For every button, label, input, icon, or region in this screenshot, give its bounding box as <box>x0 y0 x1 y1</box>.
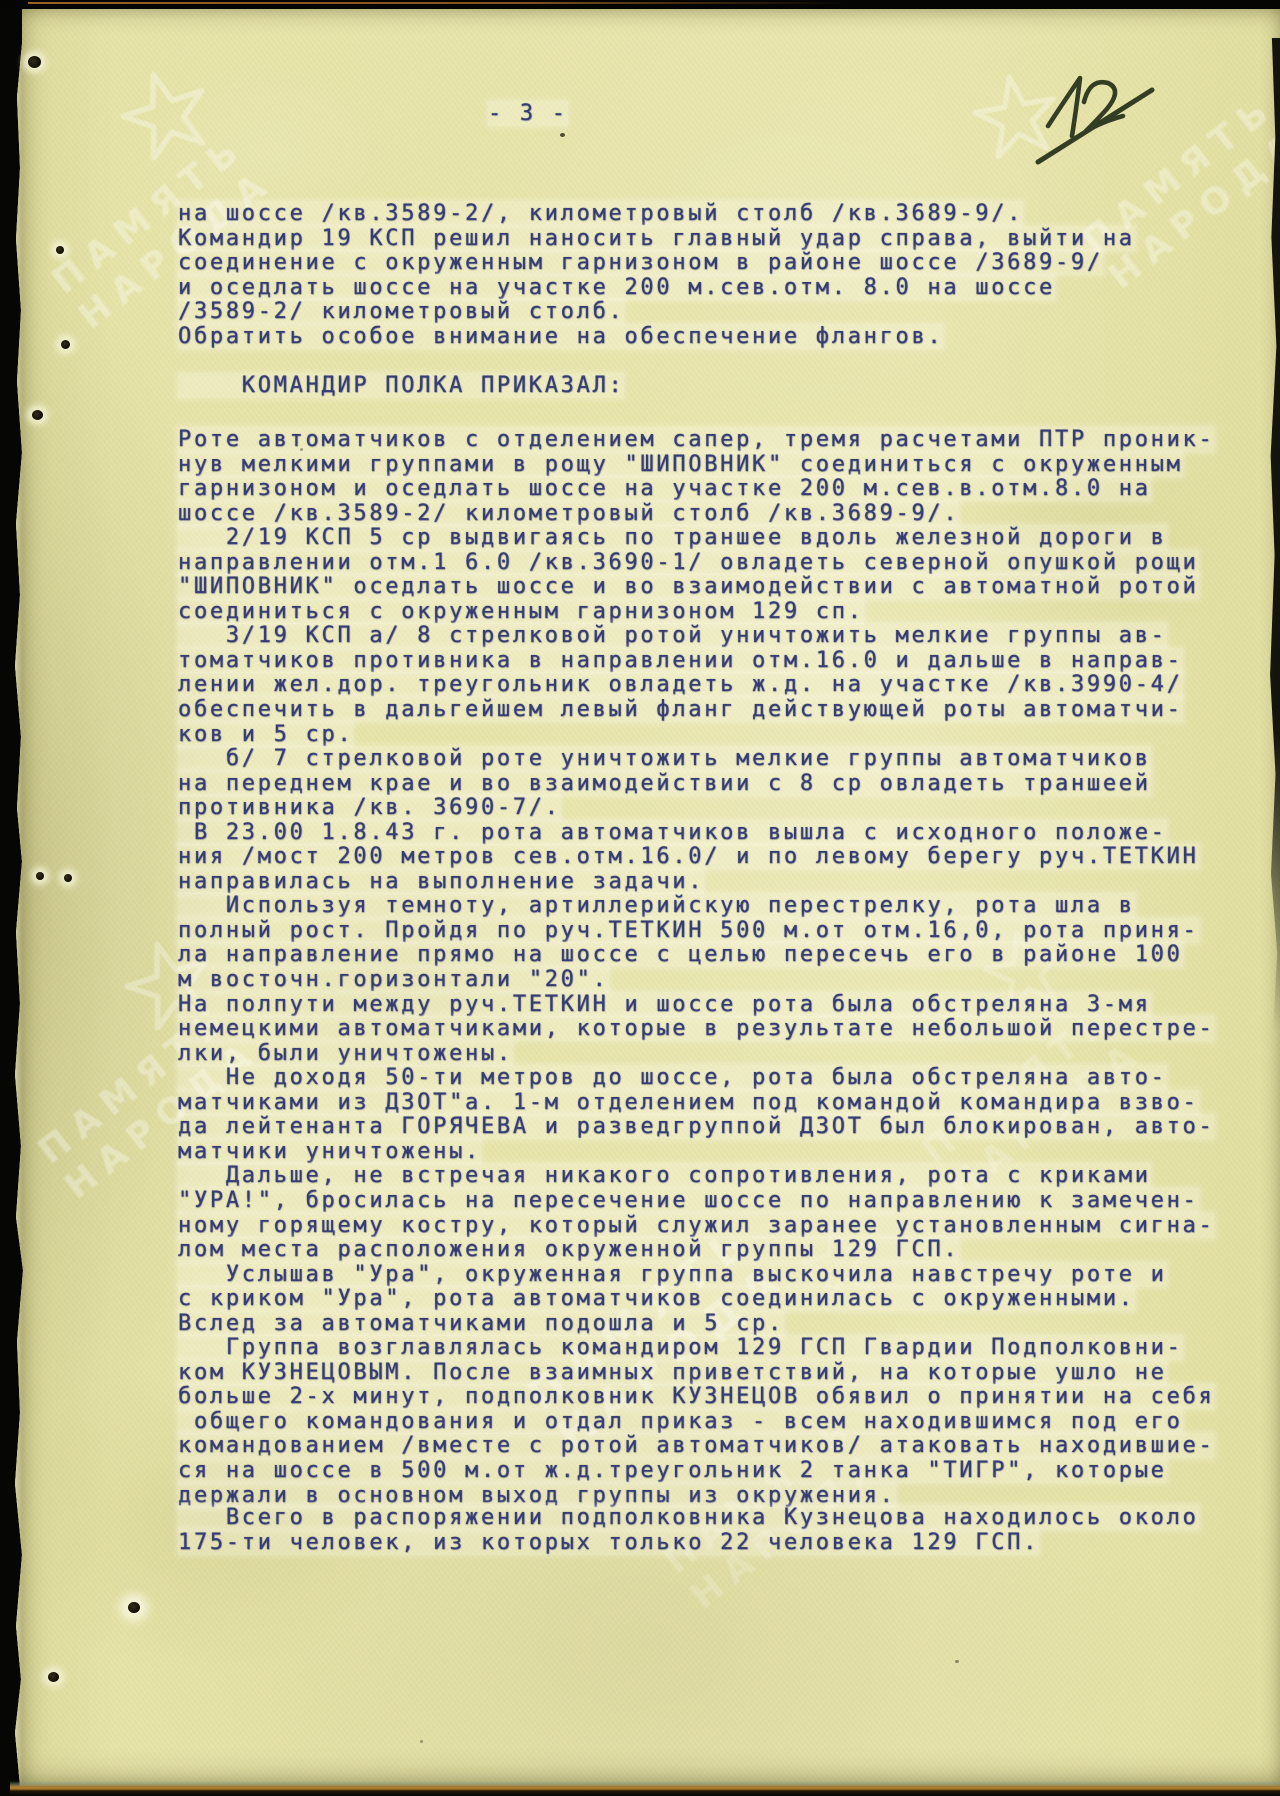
typed-line: матчиками из ДЗОТ"а. 1-м отделением под … <box>178 1091 1214 1116</box>
closing-paragraph: Всего в распоряжении подполковника Кузне… <box>178 1506 1199 1555</box>
typed-line: общего командования и отдал приказ - все… <box>178 1410 1214 1435</box>
typed-line: лении жел.дор. треугольник овладеть ж.д.… <box>178 673 1214 698</box>
typed-line: нув мелкими группами в рощу "ШИПОВНИК" с… <box>178 453 1214 478</box>
typed-line: 2/19 КСП 5 ср выдвигаясь по траншее вдол… <box>178 526 1214 551</box>
typed-line: шоссе /кв.3589-2/ километровый столб /кв… <box>178 502 1214 527</box>
scanned-document-page: { "page": { "number_label": "- 3 -", "ha… <box>0 0 1280 1796</box>
ink-fleck <box>560 133 565 137</box>
punch-hole <box>128 1602 140 1613</box>
handwritten-mark <box>1020 52 1170 176</box>
punch-hole <box>64 874 72 882</box>
intro-paragraph: на шоссе /кв.3589-2/, километровый столб… <box>178 202 1135 349</box>
typed-line: Не доходя 50-ти метров до шоссе, рота бы… <box>178 1066 1214 1091</box>
typed-line: ков и 5 ср. <box>178 723 1214 748</box>
typed-line: направлении отм.1 6.0 /кв.3690-1/ овладе… <box>178 551 1214 576</box>
typed-line: 3/19 КСП а/ 8 стрелковой ротой уничтожит… <box>178 624 1214 649</box>
typed-line: ному горящему костру, который служил зар… <box>178 1214 1214 1239</box>
typed-line: ла направление прямо на шоссе с целью пе… <box>178 943 1214 968</box>
typed-line: Используя темноту, артиллерийскую перест… <box>178 894 1214 919</box>
punch-hole <box>48 1672 59 1682</box>
typed-line: томатчиков противника в направлении отм.… <box>178 649 1214 674</box>
typed-line: лом места расположения окруженной группы… <box>178 1238 1214 1263</box>
typed-line: больше 2-х минут, подполковник КУЗНЕЦОВ … <box>178 1385 1214 1410</box>
scan-edge-tint <box>28 2 848 4</box>
typed-line: б/ 7 стрелковой роте уничтожить мелкие г… <box>178 747 1214 772</box>
punch-hole <box>61 340 70 349</box>
order-heading: КОМАНДИР ПОЛКА ПРИКАЗАЛ: <box>178 374 624 399</box>
typed-line: "ШИПОВНИК" оседлать шоссе и во взаимодей… <box>178 575 1214 600</box>
page-number: - 3 - <box>488 102 568 127</box>
typed-line: лки, были уничтожены. <box>178 1042 1214 1067</box>
typed-line: на переднем крае и во взаимодействии с 8… <box>178 772 1214 797</box>
typed-line: полный рост. Пройдя по руч.ТЕТКИН 500 м.… <box>178 919 1214 944</box>
typed-line: Обратить особое внимание на обеспечение … <box>178 325 1135 350</box>
typed-line: Услышав "Ура", окруженная группа выскочи… <box>178 1263 1214 1288</box>
ink-fleck <box>420 1740 423 1743</box>
typed-line: На полпути между руч.ТЕТКИН и шоссе рота… <box>178 993 1214 1018</box>
typed-line: Дальше, не встречая никакого сопротивлен… <box>178 1164 1214 1189</box>
typed-line: на шоссе /кв.3589-2/, километровый столб… <box>178 202 1135 227</box>
typed-line: обеспечить в дальгейшем левый фланг дейс… <box>178 698 1214 723</box>
scan-bottom-edge <box>10 1781 1280 1796</box>
typed-line: Командир 19 КСП решил наносить главный у… <box>178 227 1135 252</box>
typed-line: В 23.00 1.8.43 г. рота автоматчиков вышл… <box>178 821 1214 846</box>
typed-line: Группа возглавлялась командиром 129 ГСП … <box>178 1336 1214 1361</box>
typed-line: "УРА!", бросилась на пересечение шоссе п… <box>178 1189 1214 1214</box>
typed-line: 175-ти человек, из которых только 22 чел… <box>178 1531 1199 1556</box>
punch-hole <box>32 410 43 420</box>
punch-hole <box>28 56 41 68</box>
punch-hole <box>36 872 44 880</box>
typed-line: ния /мост 200 метров сев.отм.16.0/ и по … <box>178 845 1214 870</box>
typed-line: ком КУЗНЕЦОВЫМ. После взаимных приветств… <box>178 1361 1214 1386</box>
typed-line: ся на шоссе в 500 м.от ж.д.треугольник 2… <box>178 1459 1214 1484</box>
typed-line: матчики уничтожены. <box>178 1140 1214 1165</box>
order-body-paragraphs: Роте автоматчиков с отделением сапер, тр… <box>178 428 1214 1508</box>
typed-line: /3589-2/ километровый столб. <box>178 300 1135 325</box>
typed-line: да лейтенанта ГОРЯЧЕВА и разведгруппой Д… <box>178 1115 1214 1140</box>
typed-line: немецкими автоматчиками, которые в резул… <box>178 1017 1214 1042</box>
typed-line: гарнизоном и оседлать шоссе на участке 2… <box>178 477 1214 502</box>
order-heading-label: КОМАНДИР ПОЛКА ПРИКАЗАЛ: <box>178 373 624 398</box>
typed-line: противника /кв. 3690-7/. <box>178 796 1214 821</box>
ink-fleck <box>955 1660 959 1663</box>
typed-line: м восточн.горизонтали "20". <box>178 968 1214 993</box>
typed-line: Всего в распоряжении подполковника Кузне… <box>178 1506 1199 1531</box>
ink-fleck <box>300 448 303 451</box>
typed-line: Роте автоматчиков с отделением сапер, тр… <box>178 428 1214 453</box>
typed-line: Вслед за автоматчиками подошла и 5 ср. <box>178 1312 1214 1337</box>
typed-line: соединение с окруженным гарнизоном в рай… <box>178 251 1135 276</box>
punch-hole <box>56 246 64 254</box>
typed-line: соединиться с окруженным гарнизоном 129 … <box>178 600 1214 625</box>
page-number-label: - 3 - <box>488 101 568 126</box>
typed-line: с криком "Ура", рота автоматчиков соедин… <box>178 1287 1214 1312</box>
typed-line: направилась на выполнение задачи. <box>178 870 1214 895</box>
scan-top-edge <box>0 0 1280 9</box>
typed-line: командованием /вместе с ротой автоматчик… <box>178 1434 1214 1459</box>
typed-line: и оседлать шоссе на участке 200 м.сев.от… <box>178 276 1135 301</box>
